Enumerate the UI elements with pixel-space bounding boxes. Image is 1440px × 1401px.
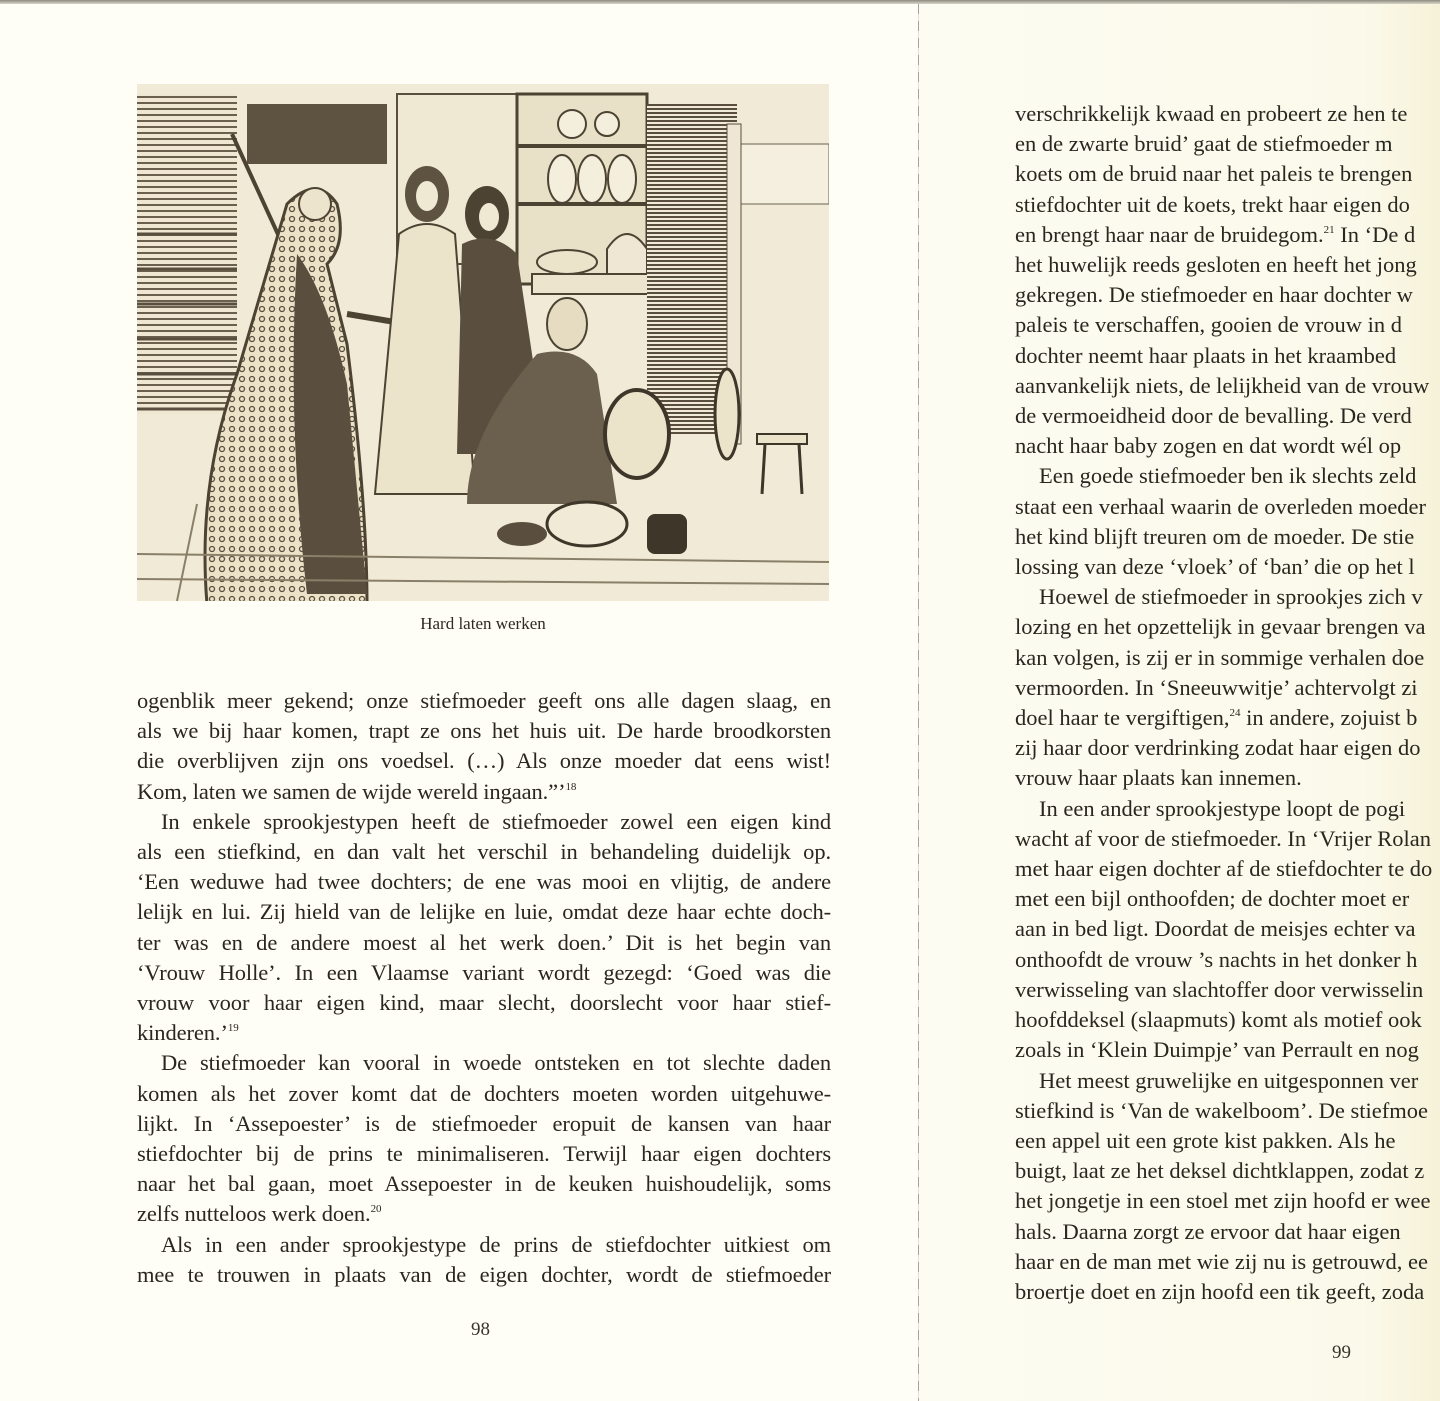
text-line: het kind blijft treuren om de moeder. De…	[1015, 522, 1440, 552]
text-line: lelijk en lui. Zij hield van de lelijke …	[137, 897, 831, 927]
text-line: aanvankelijk niets, de lelijkheid van de…	[1015, 371, 1440, 401]
engraving-image	[137, 84, 829, 601]
text-line: lossing van deze ‘vloek’ of ‘ban’ die op…	[1015, 552, 1440, 582]
text-line: Hoewel de stiefmoeder in sprookjes zich …	[1015, 582, 1440, 612]
text-line: naar het bal gaan, moet Assepoester in d…	[137, 1169, 831, 1199]
text-line: koets om de bruid naar het paleis te bre…	[1015, 159, 1440, 189]
footnote-reference: 24	[1230, 707, 1241, 719]
text-line: In enkele sprookjestypen heeft de stiefm…	[137, 807, 831, 837]
text-line: zelfs nutteloos werk doen.20	[137, 1199, 831, 1229]
text-line: Het meest gruwelijke en uitgesponnen ver	[1015, 1066, 1440, 1096]
text-line: broertje doet en zijn hoofd een tik geef…	[1015, 1277, 1440, 1307]
book-gutter	[918, 4, 919, 1401]
text-line: paleis te verschaffen, gooien de vrouw i…	[1015, 310, 1440, 340]
text-line: vrouw haar plaats kan innemen.	[1015, 763, 1440, 793]
text-line: vermoorden. In ‘Sneeuwwitje’ achtervolgt…	[1015, 673, 1440, 703]
text-line: als een stiefkind, en dan valt het versc…	[137, 837, 831, 867]
text-line: staat een verhaal waarin de overleden mo…	[1015, 492, 1440, 522]
page-number-left: 98	[471, 1319, 490, 1341]
text-line: stiefdochter bij de prins te minimaliser…	[137, 1139, 831, 1169]
text-line: nacht haar baby zogen en dat wordt wél o…	[1015, 431, 1440, 461]
left-page-body-text: ogenblik meer gekend; onze stiefmoeder g…	[137, 686, 831, 1290]
footnote-reference: 18	[565, 781, 576, 793]
text-line: buigt, laat ze het deksel dichtklappen, …	[1015, 1156, 1440, 1186]
text-line: die overblijven zijn ons voedsel. (…) Al…	[137, 746, 831, 776]
text-line: Als in een ander sprookjestype de prins …	[137, 1230, 831, 1260]
text-line: mee te trouwen in plaats van de eigen do…	[137, 1260, 831, 1290]
text-line: De stiefmoeder kan vooral in woede ontst…	[137, 1048, 831, 1078]
text-line: het jongetje in een stoel met zijn hoofd…	[1015, 1186, 1440, 1216]
text-line: stiefkind is ‘Van de wakelboom’. De stie…	[1015, 1096, 1440, 1126]
text-line: verschrikkelijk kwaad en probeert ze hen…	[1015, 99, 1440, 129]
text-line: lozing en het opzettelijk in gevaar bren…	[1015, 612, 1440, 642]
text-line: In een ander sprookjestype loopt de pogi	[1015, 794, 1440, 824]
text-line: hoofddeksel (slaapmuts) komt als motief …	[1015, 1005, 1440, 1035]
text-line: ter was en de andere moest al het werk d…	[137, 928, 831, 958]
text-line: een appel uit een grote kist pakken. Als…	[1015, 1126, 1440, 1156]
text-line: ‘Een weduwe had twee dochters; de ene wa…	[137, 867, 831, 897]
footnote-reference: 21	[1324, 224, 1335, 236]
page-number-right: 99	[1332, 1342, 1351, 1364]
text-line: Een goede stiefmoeder ben ik slechts zel…	[1015, 461, 1440, 491]
text-line: gekregen. De stiefmoeder en haar dochter…	[1015, 280, 1440, 310]
text-line: aan in bed ligt. Doordat de meisjes echt…	[1015, 914, 1440, 944]
text-line: doel haar te vergiftigen,24 in andere, z…	[1015, 703, 1440, 733]
text-line: onthoofdt de vrouw ’s nachts in het donk…	[1015, 945, 1440, 975]
text-line: dochter neemt haar plaats in het kraambe…	[1015, 341, 1440, 371]
text-line: en de zwarte bruid’ gaat de stiefmoeder …	[1015, 129, 1440, 159]
text-line: lijkt. In ‘Assepoester’ is de stiefmoede…	[137, 1109, 831, 1139]
text-line: stiefdochter uit de koets, trekt haar ei…	[1015, 190, 1440, 220]
text-line: zoals in ‘Klein Duimpje’ van Perrault en…	[1015, 1035, 1440, 1065]
text-line: zij haar door verdrinking zodat haar eig…	[1015, 733, 1440, 763]
right-page-body-text: verschrikkelijk kwaad en probeert ze hen…	[1015, 99, 1440, 1307]
text-line: vrouw voor haar eigen kind, maar slecht,…	[137, 988, 831, 1018]
text-line: komen als het zover komt dat de dochters…	[137, 1079, 831, 1109]
footnote-reference: 20	[371, 1203, 382, 1215]
text-line: ogenblik meer gekend; onze stiefmoeder g…	[137, 686, 831, 716]
engraving-illustration	[137, 84, 829, 601]
text-line: wacht af voor de stiefmoeder. In ‘Vrijer…	[1015, 824, 1440, 854]
text-line: en brengt haar naar de bruidegom.21 In ‘…	[1015, 220, 1440, 250]
text-line: kan volgen, is zij er in sommige verhale…	[1015, 643, 1440, 673]
text-line: de vermoeidheid door de bevalling. De ve…	[1015, 401, 1440, 431]
text-line: verwisseling van slachtoffer door verwis…	[1015, 975, 1440, 1005]
text-line: het huwelijk reeds gesloten en heeft het…	[1015, 250, 1440, 280]
text-line: met haar eigen dochter af de stiefdochte…	[1015, 854, 1440, 884]
text-line: met een bijl onthoofden; de dochter moet…	[1015, 884, 1440, 914]
text-line: Kom, laten we samen de wijde wereld inga…	[137, 777, 831, 807]
text-line: als we bij haar komen, trapt ze ons het …	[137, 716, 831, 746]
text-line: ‘Vrouw Holle’. In een Vlaamse variant wo…	[137, 958, 831, 988]
figure-caption: Hard laten werken	[137, 614, 829, 634]
text-line: kinderen.’19	[137, 1018, 831, 1048]
text-line: hals. Daarna zorgt ze ervoor dat haar ei…	[1015, 1217, 1440, 1247]
text-line: haar en de man met wie zij nu is getrouw…	[1015, 1247, 1440, 1277]
footnote-reference: 19	[228, 1022, 239, 1034]
